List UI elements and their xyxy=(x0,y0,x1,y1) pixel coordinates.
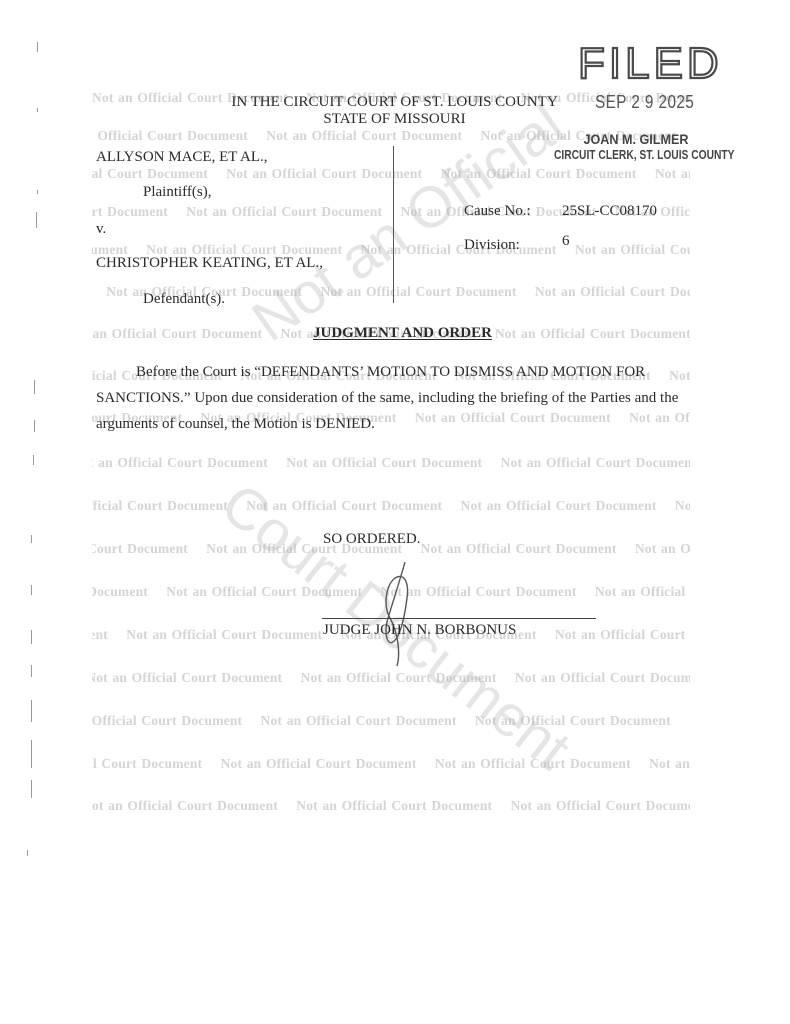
scan-speck xyxy=(31,630,32,644)
watermark-row: Not an Official Court Document Not an Of… xyxy=(92,455,690,471)
watermark-row: Not an Official Court Document Not an Of… xyxy=(92,756,690,772)
scan-speck xyxy=(36,212,37,228)
cause-number-label: Cause No.: xyxy=(464,203,531,220)
plaintiff-name: ALLYSON MACE, ET AL., xyxy=(96,149,268,166)
watermark-row: Not an Official Court Document Not an Of… xyxy=(92,713,690,729)
scan-speck xyxy=(34,420,35,432)
document-title: JUDGMENT AND ORDER xyxy=(313,325,492,342)
order-body: Before the Court is “DEFENDANTS’ MOTION … xyxy=(96,359,696,437)
scan-speck xyxy=(31,740,32,768)
judge-name: JUDGE JOHN N. BORBONUS xyxy=(323,622,516,639)
clerk-stamp: JOAN M. GILMER CIRCUIT CLERK, ST. LOUIS … xyxy=(550,131,722,163)
scan-speck xyxy=(31,700,32,722)
clerk-name: JOAN M. GILMER xyxy=(559,131,714,147)
scan-speck xyxy=(31,665,32,677)
caption-divider xyxy=(393,146,394,303)
filed-date: SEP 2 9 2025 xyxy=(595,92,694,113)
defendant-label: Defendant(s). xyxy=(143,291,225,308)
court-header: IN THE CIRCUIT COURT OF ST. LOUIS COUNTY… xyxy=(222,94,567,128)
division-value: 6 xyxy=(562,233,570,250)
court-name: IN THE CIRCUIT COURT OF ST. LOUIS COUNTY xyxy=(222,94,567,111)
division-label: Division: xyxy=(464,237,520,254)
watermark-row: Not an Official Court Document Not an Of… xyxy=(92,670,690,686)
clerk-title: CIRCUIT CLERK, ST. LOUIS COUNTY xyxy=(554,147,718,163)
cause-number-value: 25SL-CC08170 xyxy=(562,203,657,220)
defendant-name: CHRISTOPHER KEATING, ET AL., xyxy=(96,255,323,272)
scan-speck xyxy=(37,108,38,112)
versus-label: v. xyxy=(96,221,106,238)
document-page: Not an Official Court Document Not an Of… xyxy=(0,0,790,1024)
scan-speck xyxy=(31,535,32,543)
court-state: STATE OF MISSOURI xyxy=(222,111,567,128)
scan-speck xyxy=(27,850,28,856)
watermark-row: Not an Official Court Document Not an Of… xyxy=(92,166,690,182)
watermark-row: Not an Official Court Document Not an Of… xyxy=(92,498,690,514)
signature-line xyxy=(322,618,596,619)
scan-speck xyxy=(37,190,38,194)
watermark-row: Not an Official Court Document Not an Of… xyxy=(92,798,690,814)
scan-speck xyxy=(37,42,38,52)
filed-stamp: FILED xyxy=(578,42,723,86)
scan-speck xyxy=(34,380,35,394)
scan-speck xyxy=(31,585,32,595)
so-ordered: SO ORDERED. xyxy=(323,531,421,548)
plaintiff-label: Plaintiff(s), xyxy=(143,184,211,201)
judge-signature xyxy=(365,560,455,670)
watermark-diagonal-top: Not an Official xyxy=(240,92,576,355)
scan-speck xyxy=(33,455,34,465)
scan-speck xyxy=(31,780,32,798)
